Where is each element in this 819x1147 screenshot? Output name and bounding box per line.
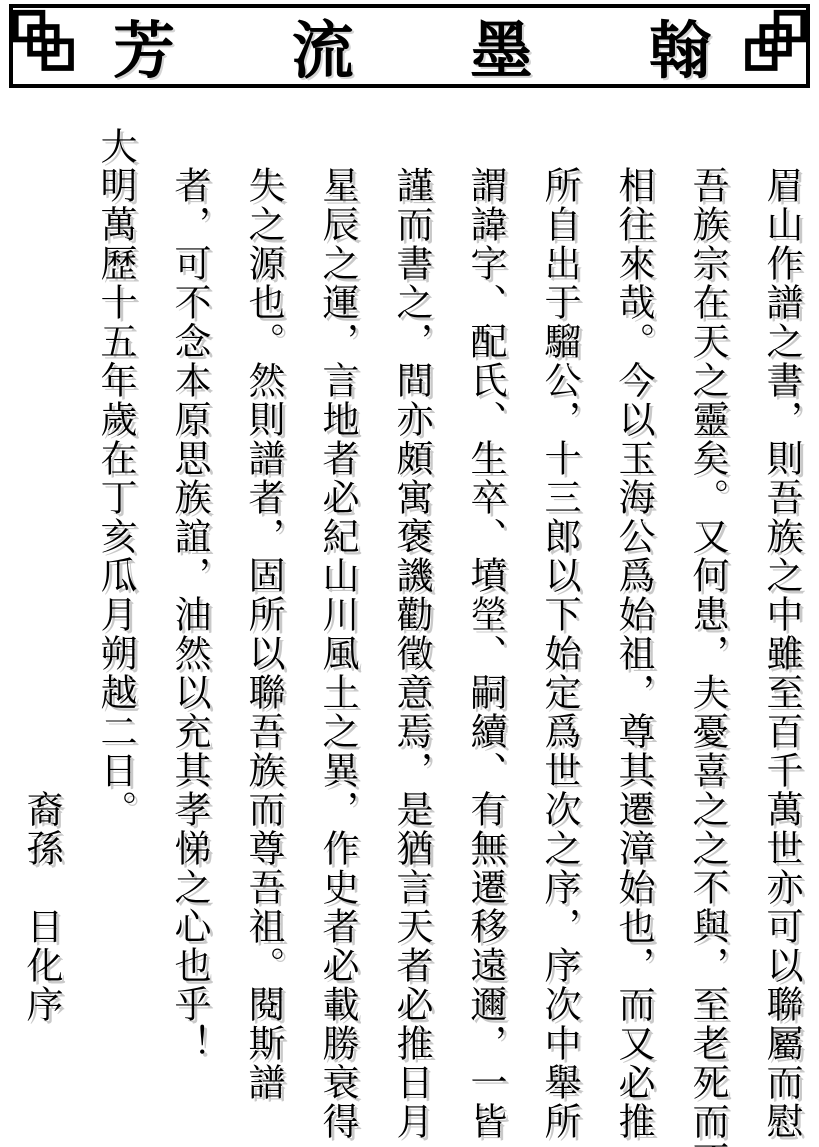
fret-knot-right-icon	[728, 8, 808, 88]
text-column: 眉山作譜之書，則吾族之中雖至百千萬世亦可以聯屬而慰	[743, 127, 817, 1147]
text-column: 所自出于騮公，十三郎以下始定爲世次之序，序次中舉所	[521, 127, 595, 1147]
title-banner: 芳 流 墨 翰	[9, 4, 810, 88]
date-column: 大明萬歷十五年歲在丁亥瓜月朔越二日。	[77, 127, 151, 1147]
page: 芳 流 墨 翰 眉山作譜之書，則吾族之中雖至百千萬世亦可以聯屬而慰 吾族宗在天之…	[0, 0, 819, 1147]
text-column: 失之源也。然則譜者，固所以聯吾族而尊吾祖。閱斯譜	[225, 127, 299, 1147]
text-column: 吾族宗在天之靈矣。又何患，夫憂喜之之不與，至老死而不	[669, 127, 743, 1147]
text-column: 星辰之運，言地者必紀山川風土之異，作史者必載勝衰得	[299, 127, 373, 1147]
signature-column: 裔孫 日化序	[3, 127, 77, 1147]
document-body: 眉山作譜之書，則吾族之中雖至百千萬世亦可以聯屬而慰 吾族宗在天之靈矣。又何患，夫…	[3, 127, 817, 1147]
fret-knot-left-icon	[11, 8, 91, 88]
text-column: 謂諱字、配氏、生卒、墳塋、嗣續、有無遷移遠邇，一皆	[447, 127, 521, 1147]
title-char: 墨	[470, 21, 532, 83]
title-char: 翰	[649, 21, 711, 83]
text-column: 相往來哉。今以玉海公爲始祖，尊其遷漳始也，而又必推	[595, 127, 669, 1147]
title-char: 芳	[113, 21, 175, 83]
page-title: 芳 流 墨 翰	[113, 16, 711, 88]
text-column: 者，可不念本原思族誼，油然以充其孝悌之心也乎！	[151, 127, 225, 1147]
title-char: 流	[292, 21, 354, 83]
text-column: 謹而書之，間亦頗寓褒譏勸徵意焉，是猶言天者必推日月	[373, 127, 447, 1147]
